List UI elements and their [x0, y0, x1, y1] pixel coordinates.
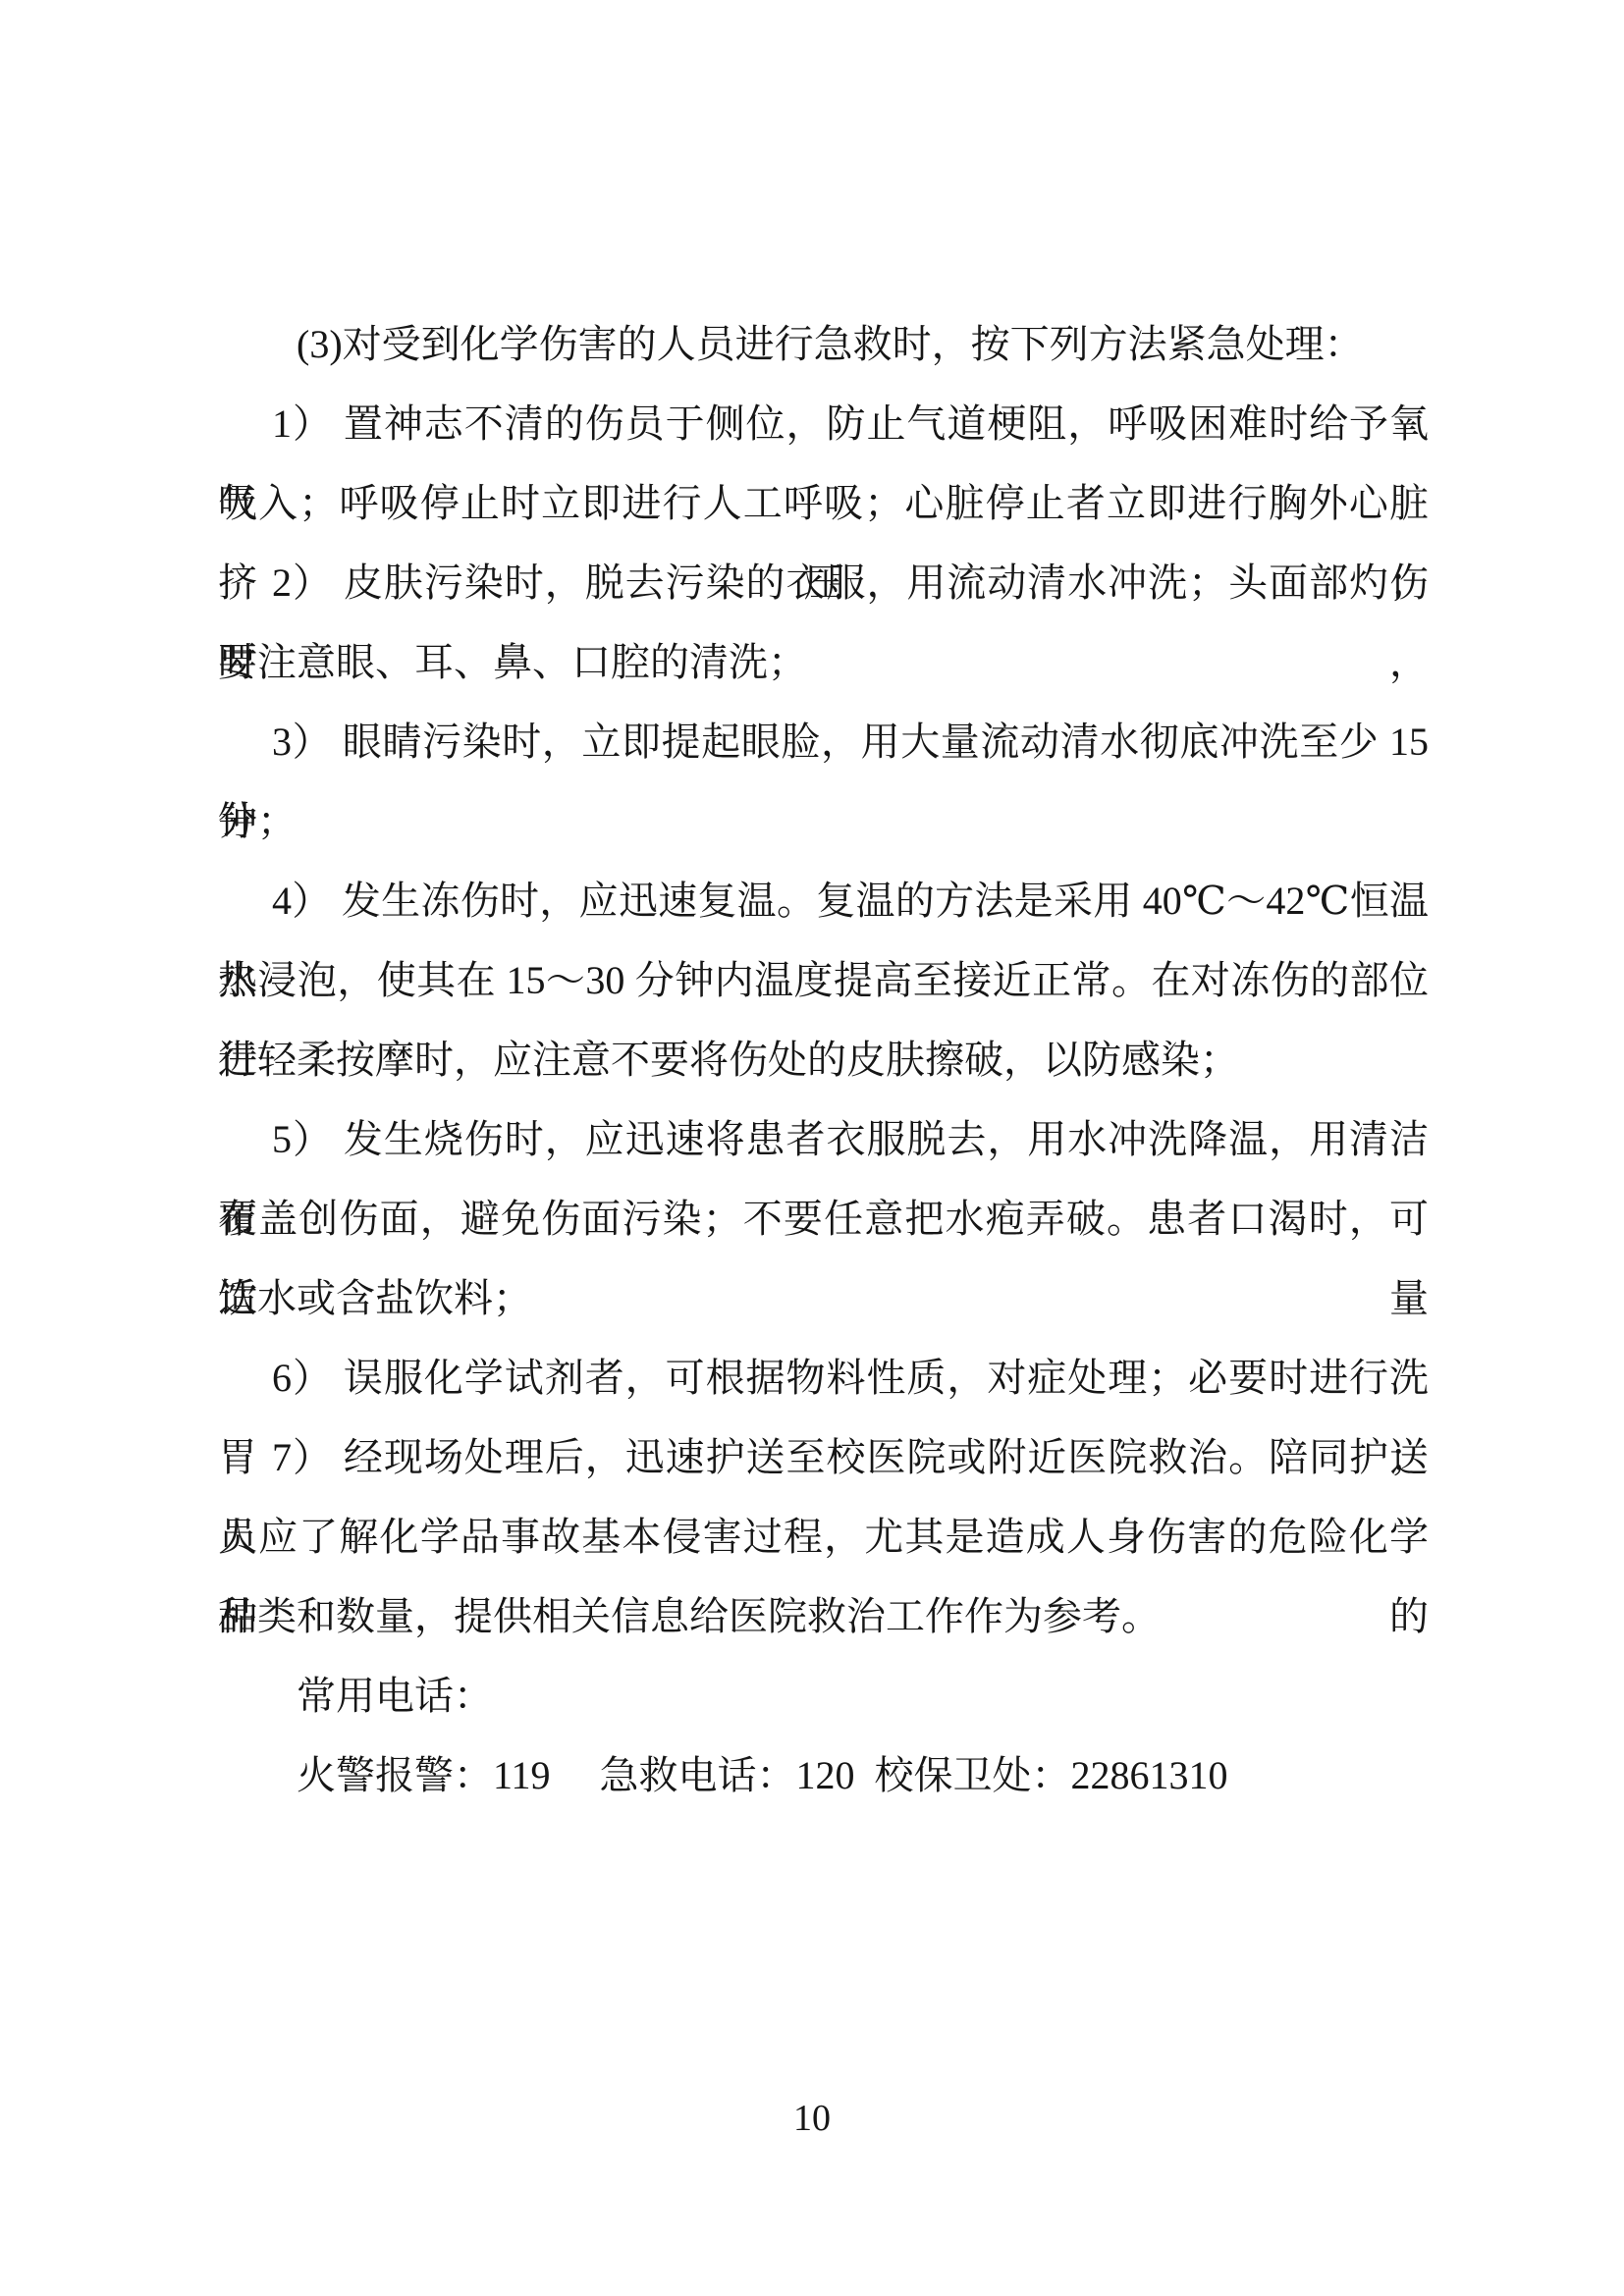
document-body: (3)对受到化学伤害的人员进行急救时，按下列方法紧急处理： 1） 置神志不清的伤… — [218, 304, 1429, 1815]
document-page: (3)对受到化学伤害的人员进行急救时，按下列方法紧急处理： 1） 置神志不清的伤… — [0, 0, 1624, 2296]
step-1-line-1: 1） 置神志不清的伤员于侧位，防止气道梗阻，呼吸困难时给予氧气 — [218, 384, 1429, 463]
page-number: 10 — [0, 2095, 1624, 2142]
step-7-line-2: 员应了解化学品事故基本侵害过程，尤其是造成人身伤害的危险化学品的 — [218, 1497, 1429, 1576]
section-3-intro-line: (3)对受到化学伤害的人员进行急救时，按下列方法紧急处理： — [218, 304, 1429, 384]
step-7-line-1: 7） 经现场处理后，迅速护送至校医院或附近医院救治。陪同护送人 — [218, 1417, 1429, 1497]
step-4-line-2: 水浸泡，使其在 15～30 分钟内温度提高至接近正常。在对冻伤的部位进 — [218, 940, 1429, 1020]
step-5-line-2: 覆盖创伤面，避免伤面污染；不要任意把水疱弄破。患者口渴时，可适量 — [218, 1179, 1429, 1258]
step-5-line-1: 5） 发生烧伤时，应迅速将患者衣服脱去，用水冲洗降温，用清洁布 — [218, 1099, 1429, 1179]
step-4-line-1: 4） 发生冻伤时，应迅速复温。复温的方法是采用 40℃～42℃恒温热 — [218, 861, 1429, 940]
step-6-line: 6） 误服化学试剂者，可根据物料性质，对症处理；必要时进行洗胃； — [218, 1338, 1429, 1417]
step-3-line-2: 钟； — [218, 781, 1429, 861]
step-3-line-1: 3） 眼睛污染时，立即提起眼脸，用大量流动清水彻底冲洗至少 15 分 — [218, 702, 1429, 781]
step-4-line-3: 行轻柔按摩时，应注意不要将伤处的皮肤擦破，以防感染； — [218, 1020, 1429, 1099]
step-1-line-2: 吸入；呼吸停止时立即进行人工呼吸；心脏停止者立即进行胸外心脏挤压； — [218, 463, 1429, 543]
phones-heading: 常用电话： — [218, 1656, 1429, 1735]
step-2-line-1: 2） 皮肤污染时，脱去污染的衣服，用流动清水冲洗；头面部灼伤时， — [218, 543, 1429, 622]
phones-numbers-line: 火警报警：119 急救电话：120 校保卫处：22861310 — [218, 1735, 1429, 1815]
